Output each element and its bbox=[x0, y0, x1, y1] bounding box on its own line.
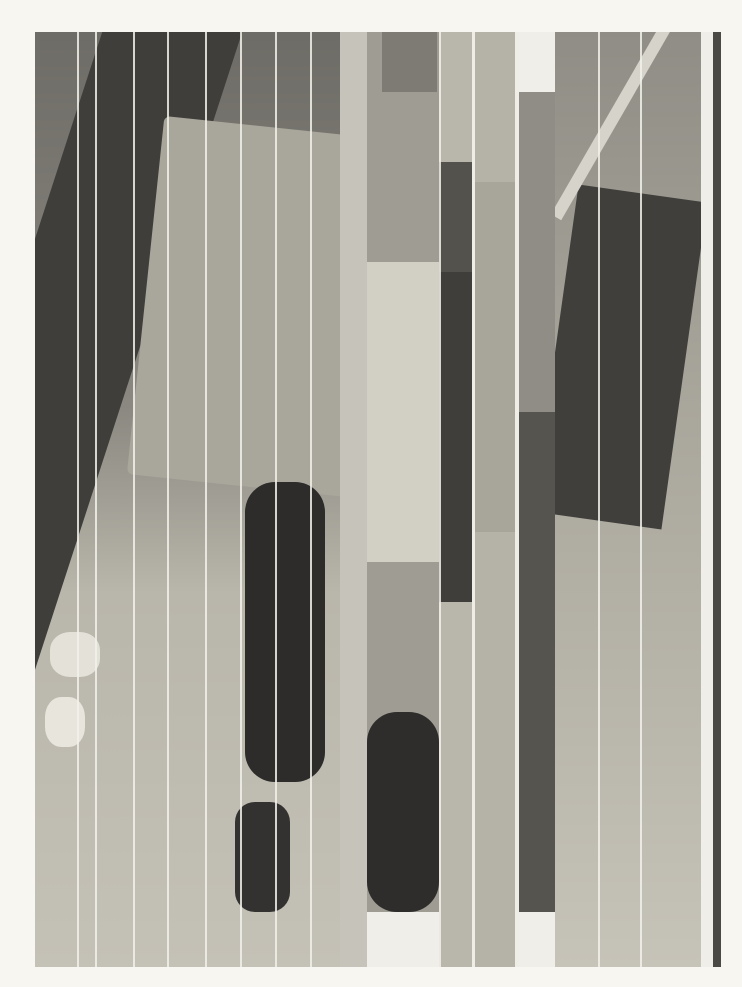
photo-collage bbox=[35, 32, 721, 967]
right-strip-group bbox=[555, 32, 701, 967]
leaf bbox=[45, 697, 85, 747]
cardboard-box bbox=[127, 116, 340, 498]
shoe bbox=[235, 802, 290, 912]
leaf bbox=[50, 632, 100, 677]
box-dark-end bbox=[555, 185, 701, 530]
man-legs bbox=[245, 482, 325, 782]
reading-man bbox=[439, 272, 472, 602]
shop-strip bbox=[367, 32, 439, 967]
vase bbox=[367, 712, 439, 912]
left-strip-group bbox=[35, 32, 340, 967]
